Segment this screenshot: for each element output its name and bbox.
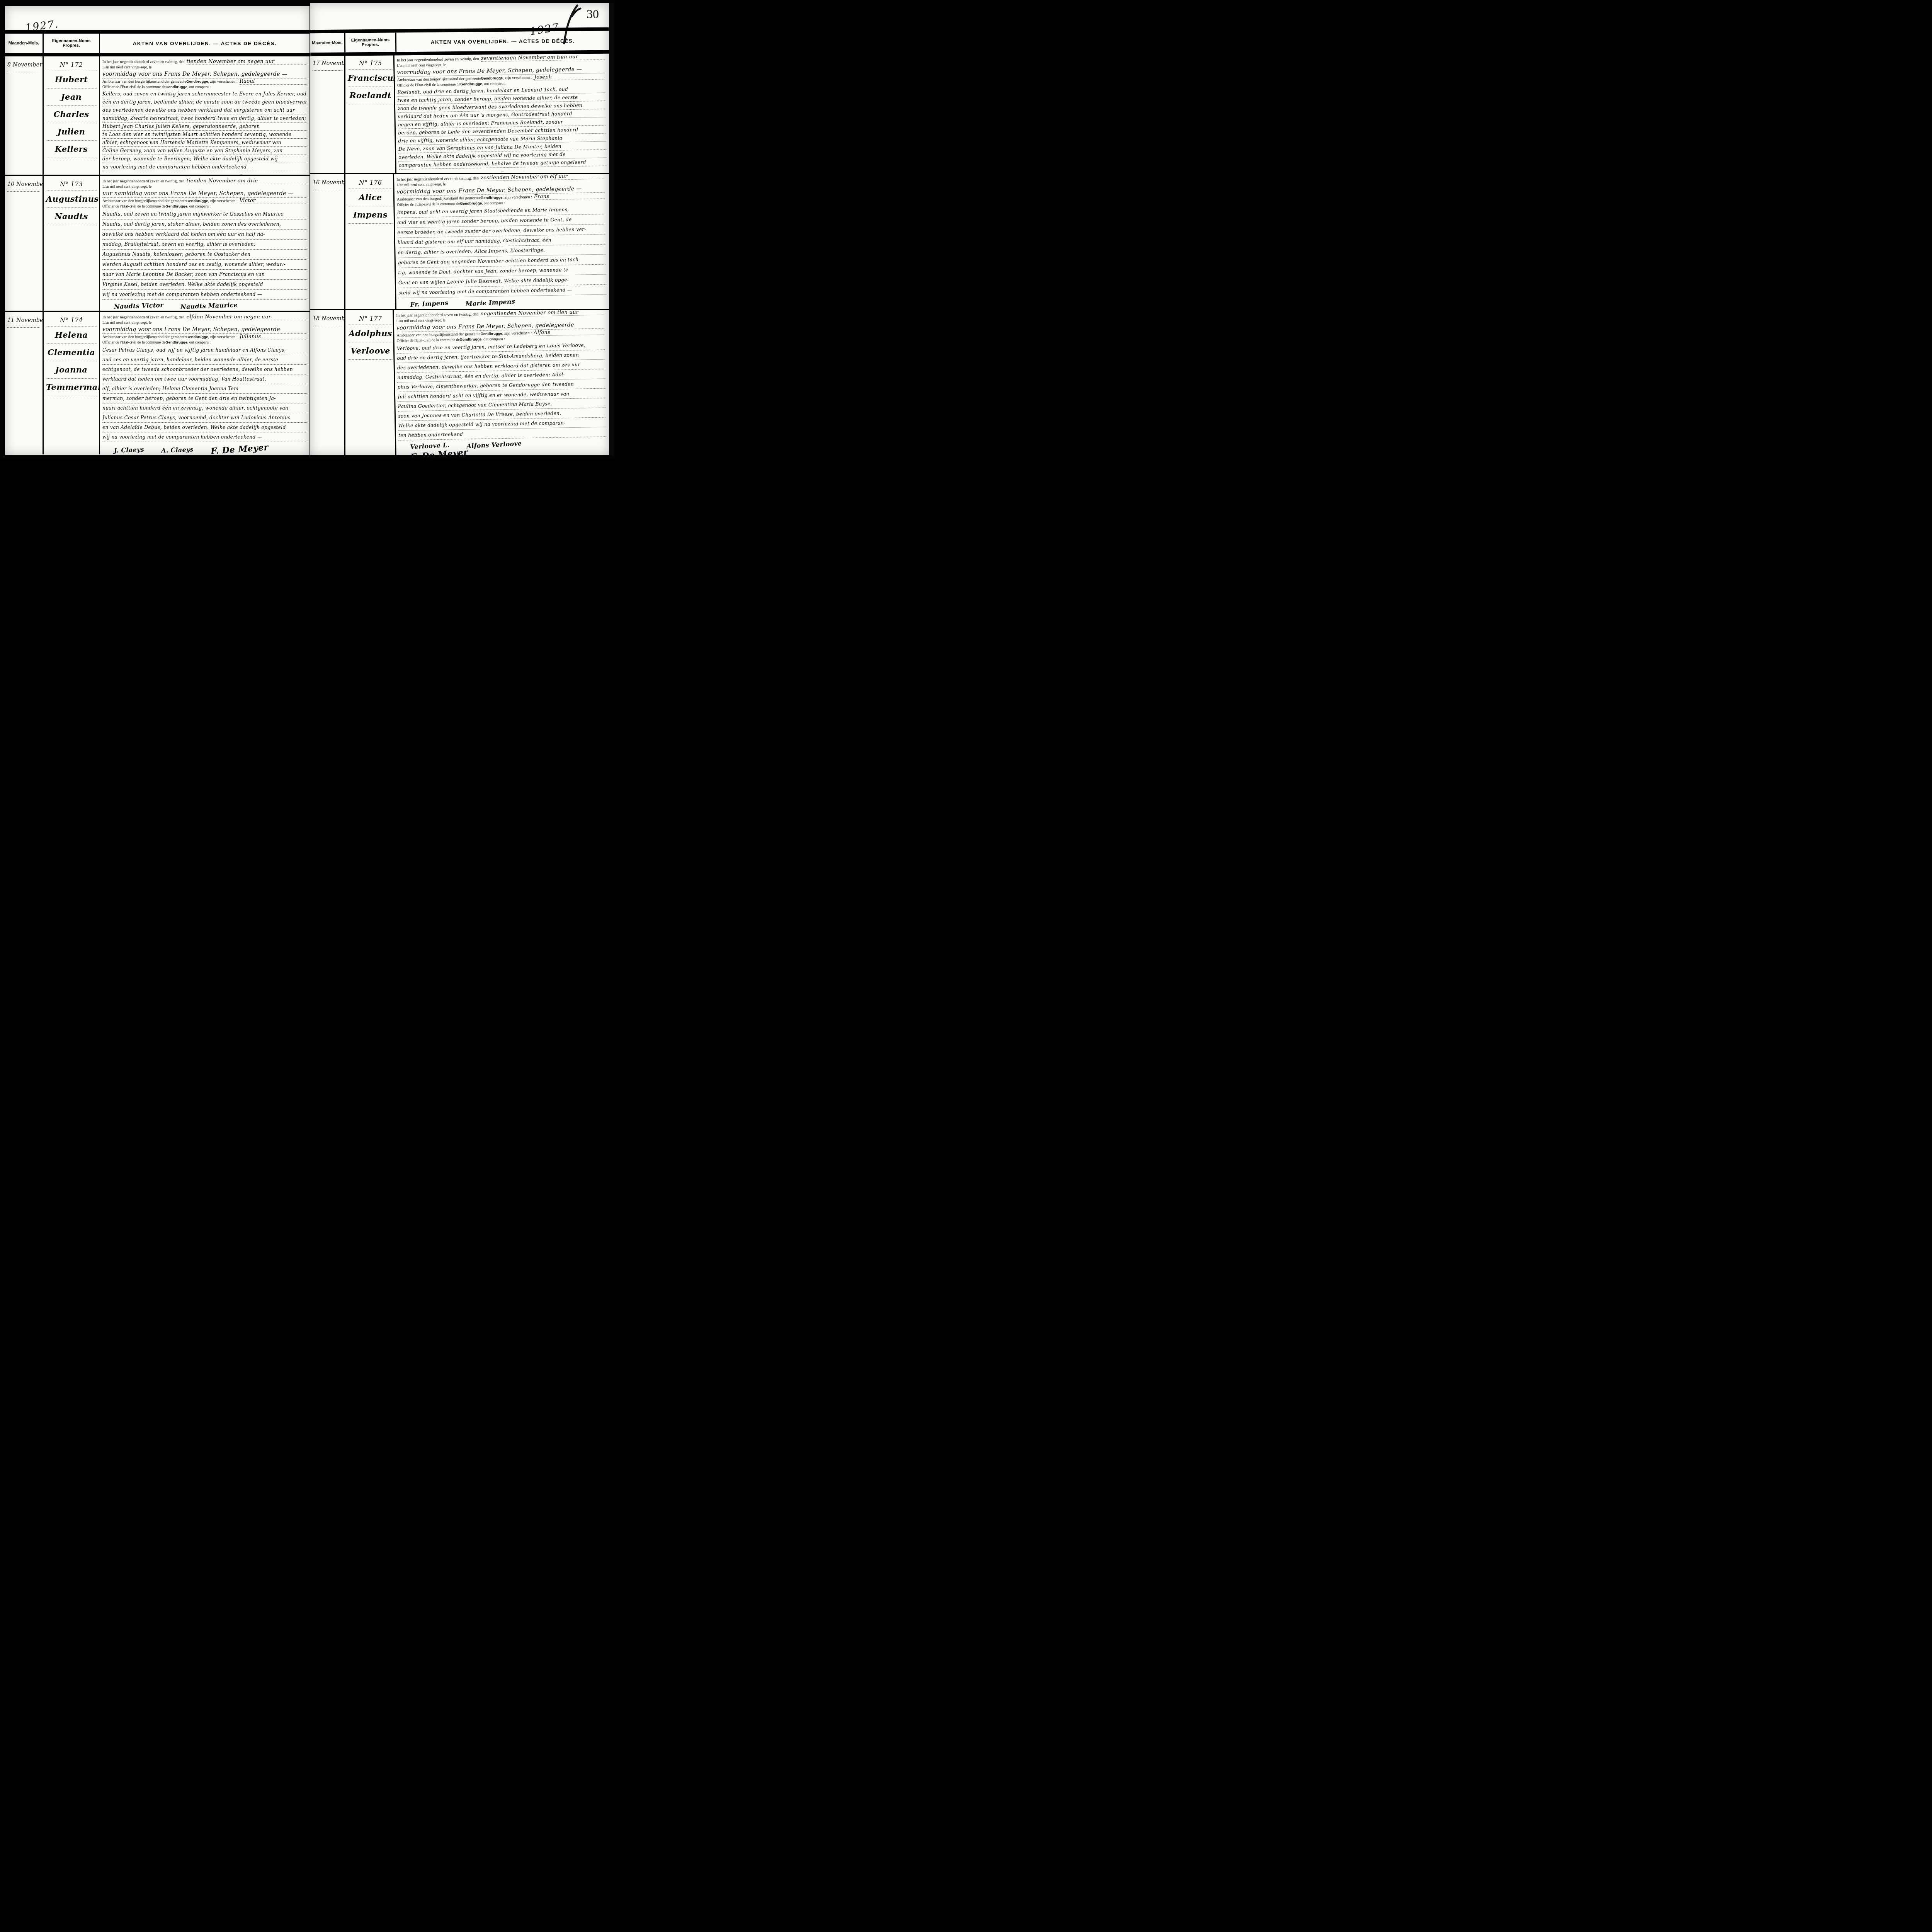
record-number: N° 176	[348, 179, 393, 189]
officiant-line: voormiddag voor ons Frans De Meyer, Sche…	[102, 70, 307, 78]
record-body-text: Kellers, oud zeven en twintig jaren sche…	[102, 90, 307, 171]
column-header-month: Maanden-Mois.	[5, 34, 43, 53]
signatures: Verloove L.Alfons VerlooveF. De Meyer	[398, 437, 607, 458]
printed-year-line-nl: In het jaar negentienhonderd zeven en tw…	[102, 315, 185, 320]
record-number: N° 177	[348, 315, 393, 325]
record-172: 8 November N° 172 HubertJeanCharlesJulie…	[5, 56, 310, 175]
left-page: 1927. Maanden-Mois. Eigennamen-Noms Prop…	[3, 6, 310, 455]
record-173: 10 November N° 173 AugustinusNaudts In h…	[5, 175, 310, 311]
deceased-name: AdolphusVerloove	[348, 325, 393, 360]
entry-date: 10 November	[7, 181, 40, 192]
date-time-insert: tienden November om negen uur	[187, 59, 307, 65]
column-header-names: Eigennamen-Noms Propres.	[344, 32, 395, 52]
deceased-name: HelenaClementiaJoannaTemmerman	[46, 327, 97, 396]
declarant-first-name: Joseph	[534, 73, 605, 80]
officiant-line: uur namiddag voor ons Frans De Meyer, Sc…	[102, 190, 307, 198]
register-scan: 1927. Maanden-Mois. Eigennamen-Noms Prop…	[0, 0, 615, 458]
date-time-insert: tienden November om drie	[187, 178, 307, 184]
declarant-first-name: Raoul	[240, 78, 307, 85]
record-body-text: Naudts, oud zeven en twintig jaren mijnw…	[102, 209, 307, 300]
column-header-month: Maanden-Mois.	[310, 33, 344, 53]
printed-year-line-fr: L'an mil neuf cent vingt-sept, le	[102, 65, 307, 70]
declarant-first-name: Julianus	[240, 334, 307, 340]
officiant-line: voormiddag voor ons Frans De Meyer, Sche…	[102, 326, 307, 334]
signatures: KellersJ. KernerF. De Meyer	[102, 171, 307, 175]
entry-date: 17 November	[313, 60, 342, 71]
column-header-names: Eigennamen-Noms Propres.	[43, 34, 99, 53]
commune-name: Gendbrugge	[186, 79, 208, 85]
deceased-name: AugustinusNaudts	[46, 190, 97, 225]
entry-date: 18 November	[313, 316, 342, 326]
record-body-text: Cesar Petrus Claeys, oud vijf en vijftig…	[102, 345, 307, 442]
entry-date: 11 November	[7, 317, 40, 328]
left-page-header: Maanden-Mois. Eigennamen-Noms Propres. A…	[5, 30, 310, 56]
right-page-records: 17 November N° 175 FranciscusRoelandt In…	[310, 55, 609, 454]
printed-year-line-fr: L'an mil neuf cent vingt-sept, le	[102, 320, 307, 326]
date-time-insert: elfden November om negen uur	[187, 314, 307, 320]
printed-year-line-fr: L'an mil neuf cent vingt-sept, le	[102, 184, 307, 190]
deceased-name: FranciscusRoelandt	[348, 70, 393, 104]
page-title: AKTEN VAN OVERLIJDEN. — ACTES DE DÉCÈS.	[99, 34, 310, 53]
declarant-first-name: Alfons	[534, 329, 604, 336]
record-body-text: Verloove, oud drie en veertig jaren, met…	[397, 340, 606, 440]
printed-officer-line-fr: Officier de l'Etat-civil de la commune d…	[102, 85, 165, 90]
declarant-first-name: Victor	[240, 198, 307, 204]
record-175: 17 November N° 175 FranciscusRoelandt In…	[310, 55, 609, 173]
record-body-text: Impens, oud acht en veertig jaren Staats…	[397, 204, 606, 298]
deceased-name: HubertJeanCharlesJulienKellers	[46, 71, 97, 158]
page-title: AKTEN VAN OVERLIJDEN. — ACTES DE DÉCÈS.	[395, 31, 609, 52]
printed-year-line-nl: In het jaar negentienhonderd zeven en tw…	[102, 179, 185, 184]
record-number: N° 174	[46, 316, 97, 327]
printed-year-line-nl: In het jaar negentienhonderd zeven en tw…	[102, 59, 185, 65]
right-page: 1927. 30 Maanden-Mois. Eigennamen-Noms P…	[310, 3, 614, 455]
record-174: 11 November N° 174 HelenaClementiaJoanna…	[5, 311, 310, 454]
record-177: 18 November N° 177 AdolphusVerloove In h…	[310, 309, 609, 458]
signatures: J. ClaeysA. ClaeysF. De Meyer	[102, 442, 307, 454]
page-number: 30	[587, 7, 599, 21]
entry-date: 16 November	[313, 180, 342, 190]
left-page-records: 8 November N° 172 HubertJeanCharlesJulie…	[5, 56, 310, 454]
record-176: 16 November N° 176 AliceImpens In het ja…	[310, 173, 609, 309]
entry-date: 8 November	[7, 62, 40, 72]
record-number: N° 173	[46, 180, 97, 190]
printed-officer-line-nl: Ambtenaar van den burgerlijkenstand der …	[102, 79, 186, 85]
record-number: N° 175	[348, 60, 393, 70]
record-number: N° 172	[46, 61, 97, 71]
record-body-text: Roelandt, oud drie en dertig jaren, hand…	[397, 85, 607, 169]
deceased-name: AliceImpens	[348, 189, 393, 224]
declarant-first-name: Frans	[534, 192, 605, 200]
signatures: Naudts VictorNaudts MauriceF. De Meyer	[102, 300, 307, 311]
